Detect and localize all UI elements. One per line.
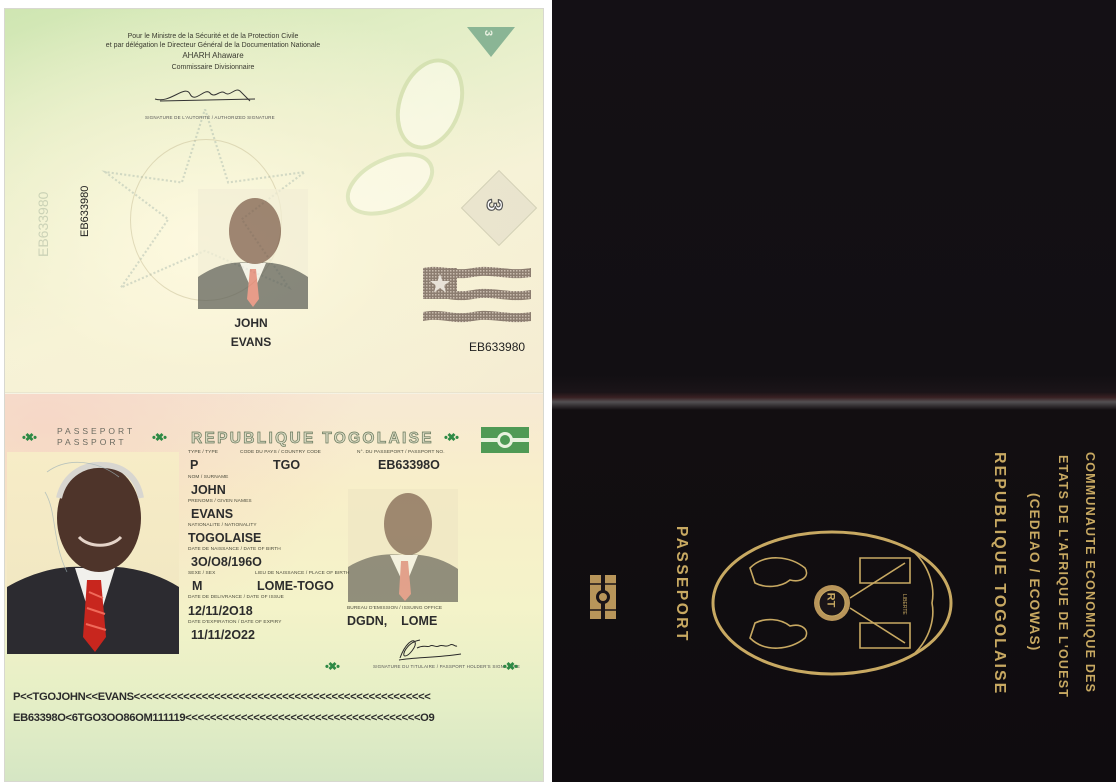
open-passport-scan: 3 3 Pour le Ministre de la Sécurité et d… (4, 8, 544, 782)
cover-line-3: (CEDEAO / ECOWAS) (1027, 493, 1042, 651)
issuing-state: REPUBLIQUE TOGOLAISE (191, 430, 434, 448)
holder-portrait-photo (7, 452, 179, 654)
label-type: TYPE / TYPE (188, 450, 218, 455)
emblem-banner-text: LIBERTE (901, 594, 907, 615)
security-x-mark-icon: •✖• (444, 431, 458, 444)
doc-title-fr: PASSEPORT (57, 426, 135, 437)
passport-cover: COMMUNAUTE ECONOMIQUE DES ETATS DE L'AFR… (552, 0, 1116, 782)
page-number-small: 3 (482, 30, 494, 36)
label-passport-no: N°. DU PASSEPORT / PASSPORT NO. (357, 450, 445, 455)
value-place-of-birth: LOME-TOGO (257, 579, 334, 593)
label-surname: NOM / SURNAME (188, 475, 228, 480)
cover-line-1: COMMUNAUTE ECONOMIQUE DES (1083, 452, 1097, 693)
vertical-passport-number: EB633980 (79, 186, 91, 237)
ghost-passport-number: EB633980 (35, 192, 51, 257)
cover-doc-word: PASSEPORT (672, 526, 690, 643)
data-page: •✖• PASSEPORT PASSPORT •✖• REPUBLIQUE TO… (5, 394, 543, 781)
authority-name: AHARH Ahaware (63, 51, 363, 60)
ghost-portrait-photo (198, 189, 308, 309)
value-given-names: EVANS (191, 507, 233, 521)
security-x-mark-icon: •✖• (22, 431, 36, 444)
cover-seam (552, 392, 1116, 410)
holder-signature-label: SIGNATURE DU TITULAIRE / PASSPORT HOLDER… (373, 664, 520, 669)
value-date-of-expiry: 11/11/2O22 (191, 628, 255, 642)
authority-line-2: et par délégation le Directeur Général d… (63, 41, 363, 50)
photo-caption-last-name: EVANS (191, 335, 311, 349)
emblem-initials: RT (824, 593, 836, 608)
label-date-of-issue: DATE DE DELIVRANCE / DATE OF ISSUE (188, 595, 284, 600)
security-x-mark-icon: •✖• (152, 431, 166, 444)
mrz-line-1: P<<TGOJOHN<<EVANS<<<<<<<<<<<<<<<<<<<<<<<… (13, 691, 430, 703)
value-passport-no: EB63398O (378, 458, 440, 472)
authority-line-1: Pour le Ministre de la Sécurité et de la… (63, 32, 363, 41)
authority-title: Commissaire Divisionnaire (63, 63, 363, 72)
value-sex: M (192, 579, 202, 593)
doc-title-en: PASSPORT (57, 437, 127, 448)
togo-flag-watermark-icon (423, 264, 531, 329)
value-type: P (190, 458, 198, 472)
label-issuing-office: BUREAU D'EMISSION / ISSUING OFFICE (347, 606, 442, 611)
label-place-of-birth: LIEU DE NAISSANCE / PLACE OF BIRTH (255, 571, 349, 576)
value-date-of-issue: 12/11/2O18 (188, 604, 253, 618)
label-nationality: NATIONALITE / NATIONALITY (188, 523, 257, 528)
photo-caption-first-name: JOHN (191, 316, 311, 330)
label-sex: SEXE / SEX (188, 571, 215, 576)
mrz-line-2: EB63398O<6TGO3OO86OM111119<<<<<<<<<<<<<<… (13, 712, 434, 724)
label-date-of-birth: DATE DE NAISSANCE / DATE OF BIRTH (188, 547, 281, 552)
cover-line-4: REPUBLIQUE TOGOLAISE (990, 452, 1008, 695)
value-nationality: TOGOLAISE (188, 531, 261, 545)
biometric-chip-icon (590, 575, 616, 619)
security-x-mark-icon: •✖• (325, 660, 339, 673)
value-surname: JOHN (191, 483, 226, 497)
flag-passport-number: EB633980 (469, 340, 525, 354)
value-issuing-office: DGDN, LOME (347, 614, 437, 628)
biometric-chip-icon (481, 427, 529, 453)
upper-page: 3 3 Pour le Ministre de la Sécurité et d… (5, 9, 543, 394)
label-country-code: CODE DU PAYS / COUNTRY CODE (240, 450, 321, 455)
holder-signature-icon (395, 634, 465, 662)
value-date-of-birth: 3O/O8/196O (191, 555, 262, 569)
label-given-names: PRENOMS / GIVEN NAMES (188, 499, 252, 504)
authority-signature-icon (150, 79, 260, 109)
label-date-of-expiry: DATE D'EXPIRATION / DATE OF EXPIRY (188, 620, 282, 625)
value-country-code: TGO (273, 458, 300, 472)
page-number-large: 3 (481, 199, 507, 211)
authority-signature-label: SIGNATURE DE L'AUTORITÉ / AUTHORIZED SIG… (145, 115, 275, 120)
security-x-mark-icon: •✖• (503, 660, 517, 673)
cover-line-2: ETATS DE L'AFRIQUE DE L'OUEST (1056, 455, 1070, 698)
ghost-portrait-photo-secondary (348, 489, 458, 602)
